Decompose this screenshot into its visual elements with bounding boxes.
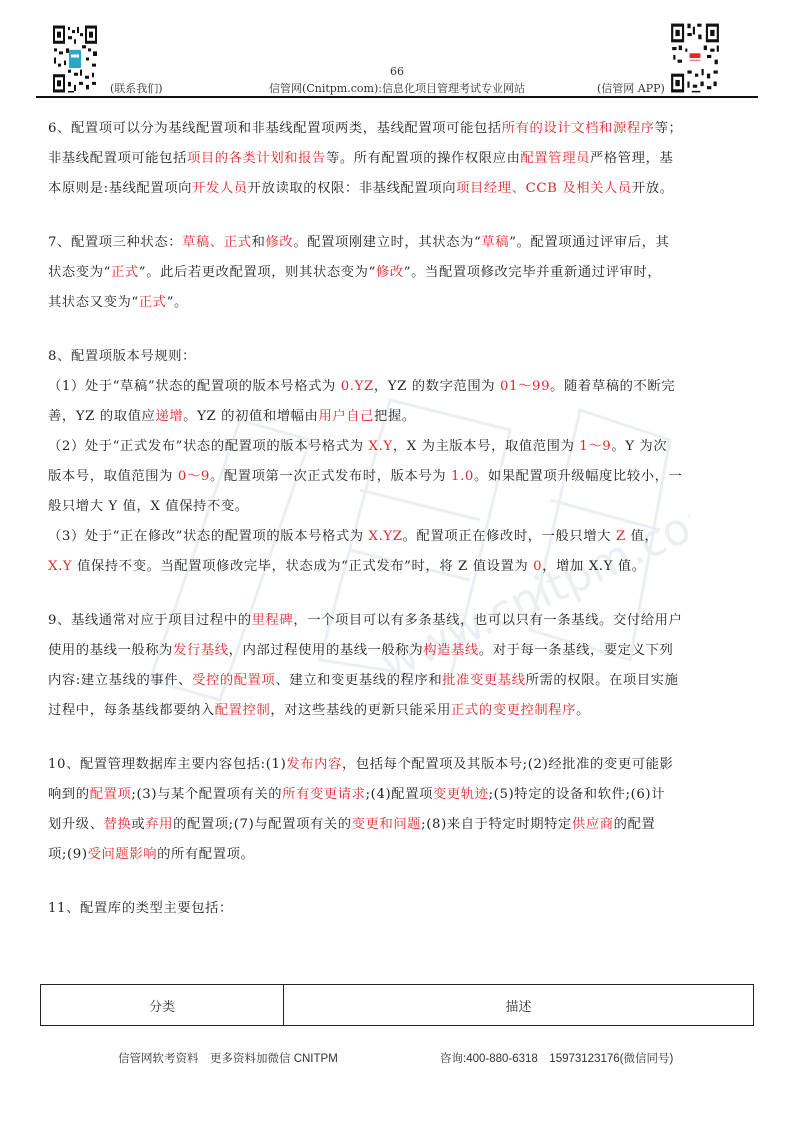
text-line: 版本号，取值范围为 0～9。配置项第一次正式发布时，版本号为 1.0。如果配置项… [48, 462, 752, 492]
highlighted-term: Z [616, 529, 626, 544]
text-segment: 等。所有配置项的操作权限应由 [326, 151, 521, 166]
highlighted-term: 构造基线 [423, 643, 479, 658]
text-line: 10、配置管理数据库主要内容包括:(1)发布内容，包括每个配置项及其版本号;(2… [48, 750, 752, 780]
highlighted-term: 正式 [111, 265, 139, 280]
table-header-category: 分类 [41, 985, 284, 1025]
text-segment: 划升级、 [48, 817, 104, 832]
footer-contact-text: 咨询:400-880-6318 15973123176(微信同号) [440, 1050, 673, 1066]
section-10: 10、配置管理数据库主要内容包括:(1)发布内容，包括每个配置项及其版本号;(2… [48, 750, 752, 870]
highlighted-term: 0 [533, 559, 542, 574]
document-body: 6、配置项可以分为基线配置项和非基线配置项两类，基线配置项可能包括所有的设计文档… [48, 114, 752, 948]
highlighted-term: 变更轨迹 [433, 787, 489, 802]
text-segment: 响到的 [48, 787, 90, 802]
text-segment: ，X 为主版本号，取值范围为 [393, 439, 579, 454]
text-segment: ;(3)与某个配置项有关的 [131, 787, 282, 802]
highlighted-term: 配置项 [90, 787, 132, 802]
text-line: 划升级、替换或弃用的配置项;(7)与配置项有关的变更和问题;(8)来自于特定时期… [48, 810, 752, 840]
text-segment: ，增加 X.Y 值。 [542, 559, 645, 574]
highlighted-term: 所有的设计文档和源程序 [502, 121, 655, 136]
text-segment: 使用的基线一般称为 [48, 643, 173, 658]
text-line: 般只增大 Y 值，X 值保持不变。 [48, 492, 752, 522]
text-segment: 善，YZ 的取值应 [48, 409, 155, 424]
text-segment: 。配置项第一次正式发布时，版本号为 [210, 469, 451, 484]
text-segment: 状态变为“ [48, 265, 111, 280]
text-segment: 。对于每一条基线，要定义下列 [479, 643, 674, 658]
text-segment: 本原则是:基线配置项向 [48, 181, 192, 196]
text-line: 本原则是:基线配置项向开发人员开放读取的权限：非基线配置项向项目经理、CCB 及… [48, 174, 752, 204]
highlighted-term: 草稿 [481, 235, 509, 250]
text-segment: 其状态又变为“ [48, 295, 139, 310]
highlighted-term: 01～99 [500, 379, 550, 394]
highlighted-term: 供应商 [572, 817, 614, 832]
qr-code-app [670, 22, 720, 94]
text-segment: 值， [626, 529, 659, 544]
text-segment: 或 [131, 817, 145, 832]
text-segment: ”。 [167, 295, 188, 310]
text-line: 使用的基线一般称为发行基线，内部过程使用的基线一般称为构造基线。对于每一条基线，… [48, 636, 752, 666]
text-segment: 的配置项;(7)与配置项有关的 [173, 817, 352, 832]
text-segment: ，一个项目可以有多条基线，也可以只有一条基线。交付给用户 [293, 613, 682, 628]
text-segment: 所需的权限。在项目实施 [526, 673, 679, 688]
section-11-heading: 11、配置库的类型主要包括： [48, 894, 752, 924]
highlighted-term: 1～9 [579, 439, 611, 454]
text-segment: 。随着草稿的不断完 [550, 379, 675, 394]
text-line: 项;(9)受问题影响的所有配置项。 [48, 840, 752, 870]
section-6: 6、配置项可以分为基线配置项和非基线配置项两类，基线配置项可能包括所有的设计文档… [48, 114, 752, 204]
section-8: 8、配置项版本号规则：（1）处于“草稿”状态的配置项的版本号格式为 0.YZ，Y… [48, 342, 752, 582]
header-divider [36, 96, 758, 98]
text-line: X.Y 值保持不变。当配置项修改完毕，状态成为“正式发布”时，将 Z 值设置为 … [48, 552, 752, 582]
config-library-types-table: 分类 描述 [40, 984, 754, 1026]
text-segment: 过程中，每条基线都要纳入 [48, 703, 215, 718]
highlighted-term: 受控的配置项 [192, 673, 275, 688]
text-segment: 、建立和变更基线的程序和 [275, 673, 442, 688]
text-segment: 值保持不变。当配置项修改完毕，状态成为“正式发布”时，将 Z 值设置为 [72, 559, 533, 574]
text-line: （3）处于“正在修改”状态的配置项的版本号格式为 X.YZ。配置项正在修改时，一… [48, 522, 752, 552]
highlighted-term: 替换 [104, 817, 132, 832]
text-segment: 严格管理，基 [590, 151, 673, 166]
text-segment: 非基线配置项可能包括 [48, 151, 187, 166]
header-app-caption: (信管网 APP) [597, 80, 665, 96]
section-11: 11、配置库的类型主要包括： [48, 894, 752, 924]
text-segment: 项;(9) [48, 847, 88, 862]
highlighted-term: 发布内容 [286, 757, 342, 772]
text-segment: （1）处于“草稿”状态的配置项的版本号格式为 [48, 379, 341, 394]
text-segment: ;(8)来自于特定时期特定 [421, 817, 572, 832]
text-line: 非基线配置项可能包括项目的各类计划和报告等。所有配置项的操作权限应由配置管理员严… [48, 144, 752, 174]
text-line: 状态变为“正式”。此后若更改配置项，则其状态变为“修改”。当配置项修改完毕并重新… [48, 258, 752, 288]
text-segment: （2）处于“正式发布”状态的配置项的版本号格式为 [48, 439, 369, 454]
section-9: 9、基线通常对应于项目过程中的里程碑，一个项目可以有多条基线，也可以只有一条基线… [48, 606, 752, 726]
text-line: 善，YZ 的取值应递增。YZ 的初值和增幅由用户自己把握。 [48, 402, 752, 432]
text-segment: 内容:建立基线的事件、 [48, 673, 192, 688]
section-7: 7、配置项三种状态：草稿、正式和修改。配置项刚建立时，其状态为“草稿”。配置项通… [48, 228, 752, 318]
text-segment: ”。当配置项修改完毕并重新通过评审时， [404, 265, 662, 280]
text-line: 8、配置项版本号规则： [48, 342, 752, 372]
highlighted-term: 发行基线 [173, 643, 229, 658]
highlighted-term: 1.0 [451, 469, 474, 484]
text-segment: ;(4)配置项 [366, 787, 433, 802]
highlighted-term: 弃用 [145, 817, 173, 832]
highlighted-term: X.Y [369, 439, 393, 454]
highlighted-term: 受问题影响 [88, 847, 157, 862]
text-segment: 。Y 为次 [611, 439, 667, 454]
text-line: 内容:建立基线的事件、受控的配置项、建立和变更基线的程序和批准变更基线所需的权限… [48, 666, 752, 696]
text-segment: 8、配置项版本号规则： [48, 349, 196, 364]
highlighted-term: 配置控制 [215, 703, 271, 718]
text-line: 6、配置项可以分为基线配置项和非基线配置项两类，基线配置项可能包括所有的设计文档… [48, 114, 752, 144]
text-segment: ;(5)特定的设备和软件;(6)计 [489, 787, 666, 802]
text-line: 响到的配置项;(3)与某个配置项有关的所有变更请求;(4)配置项变更轨迹;(5)… [48, 780, 752, 810]
highlighted-term: 正式 [139, 295, 167, 310]
qr-code-icon [670, 22, 720, 94]
text-segment: 和 [252, 235, 266, 250]
highlighted-term: X.Y [48, 559, 72, 574]
highlighted-term: 里程碑 [252, 613, 294, 628]
text-segment: 开放读取的权限：非基线配置项向 [248, 181, 456, 196]
text-segment: 般只增大 Y 值，X 值保持不变。 [48, 499, 249, 514]
text-segment: 。配置项刚建立时，其状态为“ [293, 235, 481, 250]
text-segment: ”。配置项通过评审后，其 [509, 235, 669, 250]
highlighted-term: X.YZ [369, 529, 403, 544]
text-segment: 把握。 [374, 409, 416, 424]
highlighted-term: 项目的各类计划和报告 [187, 151, 326, 166]
text-segment: 开放。 [632, 181, 674, 196]
text-segment: 。如果配置项升级幅度比较小，一 [474, 469, 682, 484]
highlighted-term: 修改 [376, 265, 404, 280]
text-line: 9、基线通常对应于项目过程中的里程碑，一个项目可以有多条基线，也可以只有一条基线… [48, 606, 752, 636]
highlighted-term: 草稿、正式 [182, 235, 251, 250]
text-line: 其状态又变为“正式”。 [48, 288, 752, 318]
highlighted-term: 正式的变更控制程序 [451, 703, 576, 718]
text-segment: 等； [655, 121, 683, 136]
highlighted-term: 批准变更基线 [442, 673, 525, 688]
footer-left-text: 信管网软考资料 更多资料加微信 CNITPM [118, 1050, 338, 1066]
text-segment: 。YZ 的初值和增幅由 [183, 409, 318, 424]
highlighted-term: 0～9 [178, 469, 210, 484]
highlighted-term: 所有变更请求 [282, 787, 365, 802]
highlighted-term: 0.YZ [341, 379, 374, 394]
text-segment: ，YZ 的数字范围为 [374, 379, 500, 394]
text-line: （1）处于“草稿”状态的配置项的版本号格式为 0.YZ，YZ 的数字范围为 01… [48, 372, 752, 402]
text-segment: 。 [576, 703, 590, 718]
highlighted-term: 项目经理、CCB 及相关人员 [456, 181, 632, 196]
highlighted-term: 变更和问题 [352, 817, 421, 832]
text-line: （2）处于“正式发布”状态的配置项的版本号格式为 X.Y，X 为主版本号，取值范… [48, 432, 752, 462]
text-segment: 7、配置项三种状态： [48, 235, 182, 250]
highlighted-term: 开发人员 [192, 181, 248, 196]
highlighted-term: 用户自己 [318, 409, 374, 424]
text-segment: （3）处于“正在修改”状态的配置项的版本号格式为 [48, 529, 369, 544]
text-segment: 9、基线通常对应于项目过程中的 [48, 613, 252, 628]
text-segment: ，对这些基线的更新只能采用 [270, 703, 451, 718]
highlighted-term: 修改 [266, 235, 294, 250]
text-segment: ”。此后若更改配置项，则其状态变为“ [139, 265, 376, 280]
text-segment: ，内部过程使用的基线一般称为 [229, 643, 424, 658]
text-line: 7、配置项三种状态：草稿、正式和修改。配置项刚建立时，其状态为“草稿”。配置项通… [48, 228, 752, 258]
table-header-description: 描述 [284, 985, 753, 1025]
text-segment: 6、配置项可以分为基线配置项和非基线配置项两类，基线配置项可能包括 [48, 121, 502, 136]
highlighted-term: 配置管理员 [521, 151, 590, 166]
highlighted-term: 递增 [155, 409, 183, 424]
text-segment: 的所有配置项。 [157, 847, 254, 862]
text-segment: 的配置 [614, 817, 656, 832]
text-segment: ，包括每个配置项及其版本号;(2)经批准的变更可能影 [342, 757, 673, 772]
text-segment: 版本号，取值范围为 [48, 469, 178, 484]
text-line: 过程中，每条基线都要纳入配置控制，对这些基线的更新只能采用正式的变更控制程序。 [48, 696, 752, 726]
text-segment: 。配置项正在修改时，一般只增大 [403, 529, 616, 544]
text-segment: 10、配置管理数据库主要内容包括:(1) [48, 757, 286, 772]
